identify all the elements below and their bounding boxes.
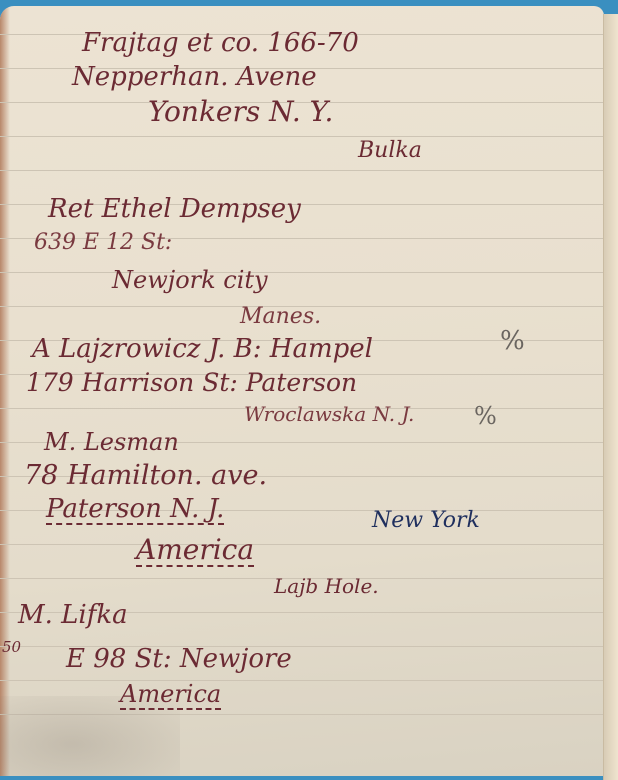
ruled-line [0,170,604,171]
entry-4-line-1: M. Lesman [44,430,179,454]
ruled-line [0,136,604,137]
entry-4-annotation-blue: New York [372,510,480,532]
paper-stain [0,696,180,776]
entry-2-line-3: Newjork city [112,268,268,292]
ruled-line [0,544,604,545]
entry-4-line-2: 78 Hamilton. ave. [24,462,267,489]
entry-2-line-2: 639 E 12 St: [34,232,172,254]
entry-5-line-2: E 98 St: Newjore [66,646,292,672]
entry-3-percent-mark: % [500,328,525,354]
notebook-page: Frajtag et co. 166-70 Nepperhan. Avene Y… [0,6,604,776]
entry-3-annotation: Wroclawska N. J. [244,404,414,424]
entry-4-annotation: Lajb Hole. [274,576,379,596]
entry-1-line-1: Frajtag et co. 166-70 [82,30,359,56]
entry-2-line-1: Ret Ethel Dempsey [48,196,301,222]
ruled-line [0,272,604,273]
entry-4-line-4: America [136,536,254,564]
entry-1-line-2: Nepperhan. Avene [72,64,317,90]
next-page-edge [603,14,618,780]
entry-3-line-1: A Lajzrowicz J. B: Hampel [32,336,373,362]
entry-4-line-3: Paterson N. J. [46,496,224,522]
entry-5-line-1: M. Lifka [18,602,128,628]
entry-2-annotation: Manes. [240,306,321,328]
entry-1-annotation: Bulka [358,140,422,162]
entry-3-line-2: 179 Harrison St: Paterson [26,370,357,395]
entry-5-house-number: 50 [2,640,21,655]
entry-3-percent-mark-2: % [474,404,497,428]
ruled-line [0,680,604,681]
entry-1-line-3: Yonkers N. Y. [148,98,333,126]
entry-5-line-3: America [120,682,221,706]
